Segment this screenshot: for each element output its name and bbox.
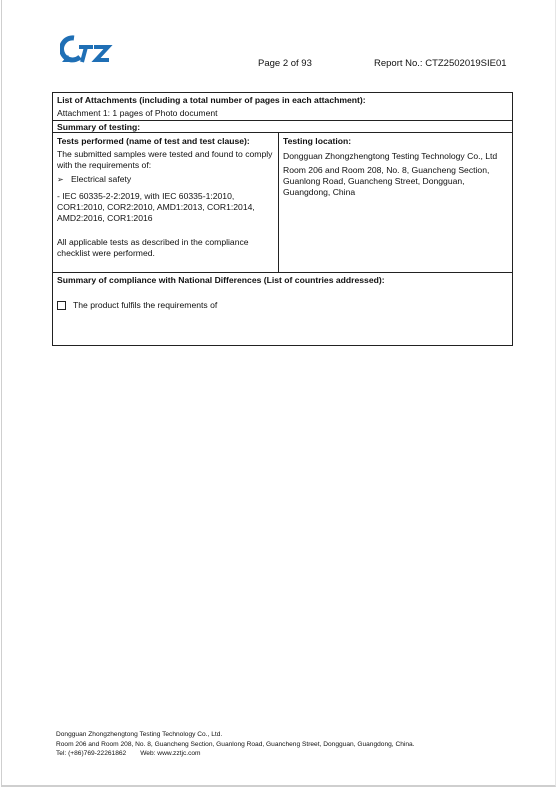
standards-list: - IEC 60335-2-2:2019, with IEC 60335-1:2… — [57, 191, 274, 224]
page-footer: Dongguan Zhongzhengtong Testing Technolo… — [56, 730, 415, 759]
footer-tel: Tel: (+86)769-22261862 — [56, 750, 126, 757]
attachments-heading: List of Attachments (including a total n… — [57, 95, 508, 106]
footer-address: Room 206 and Room 208, No. 8, Guancheng … — [56, 740, 415, 750]
tests-closing: All applicable tests as described in the… — [57, 237, 274, 259]
testing-location-cell: Testing location: Dongguan Zhongzhengton… — [279, 133, 512, 272]
summary-of-testing-heading: Summary of testing: — [53, 121, 512, 133]
footer-company: Dongguan Zhongzhengtong Testing Technolo… — [56, 730, 415, 740]
footer-contact: Tel: (+86)769-22261862Web: www.zztjc.com — [56, 749, 415, 759]
page-number: Page 2 of 93 — [258, 58, 312, 69]
footer-web: Web: www.zztjc.com — [140, 750, 200, 757]
testing-location-company: Dongguan Zhongzhengtong Testing Technolo… — [283, 149, 508, 163]
testing-location-address: Room 206 and Room 208, No. 8, Guancheng … — [283, 165, 508, 198]
tests-performed-heading: Tests performed (name of test and test c… — [57, 136, 274, 147]
bullet-text: Electrical safety — [71, 174, 131, 185]
tests-intro: The submitted samples were tested and fo… — [57, 149, 274, 171]
document-page: Page 2 of 93 Report No.: CTZ2502019SIE01… — [1, 0, 556, 787]
national-differences-row: Summary of compliance with National Diff… — [53, 273, 512, 345]
bullet-item: ➢ Electrical safety — [57, 174, 274, 185]
tests-performed-cell: Tests performed (name of test and test c… — [53, 133, 279, 272]
report-number: Report No.: CTZ2502019SIE01 — [374, 58, 507, 69]
ctz-logo-icon — [60, 35, 114, 65]
national-differences-heading: Summary of compliance with National Diff… — [57, 275, 508, 286]
attachments-row: List of Attachments (including a total n… — [53, 93, 512, 121]
checkbox-label: The product fulfils the requirements of — [73, 300, 217, 311]
arrow-bullet-icon: ➢ — [57, 174, 71, 185]
tests-row: Tests performed (name of test and test c… — [53, 133, 512, 273]
requirements-checkbox[interactable] — [57, 301, 66, 310]
summary-table: List of Attachments (including a total n… — [52, 92, 513, 346]
requirements-checkbox-row[interactable]: The product fulfils the requirements of — [57, 300, 508, 311]
testing-location-heading: Testing location: — [283, 136, 508, 147]
attachment-item: Attachment 1: 1 pages of Photo document — [57, 108, 508, 119]
